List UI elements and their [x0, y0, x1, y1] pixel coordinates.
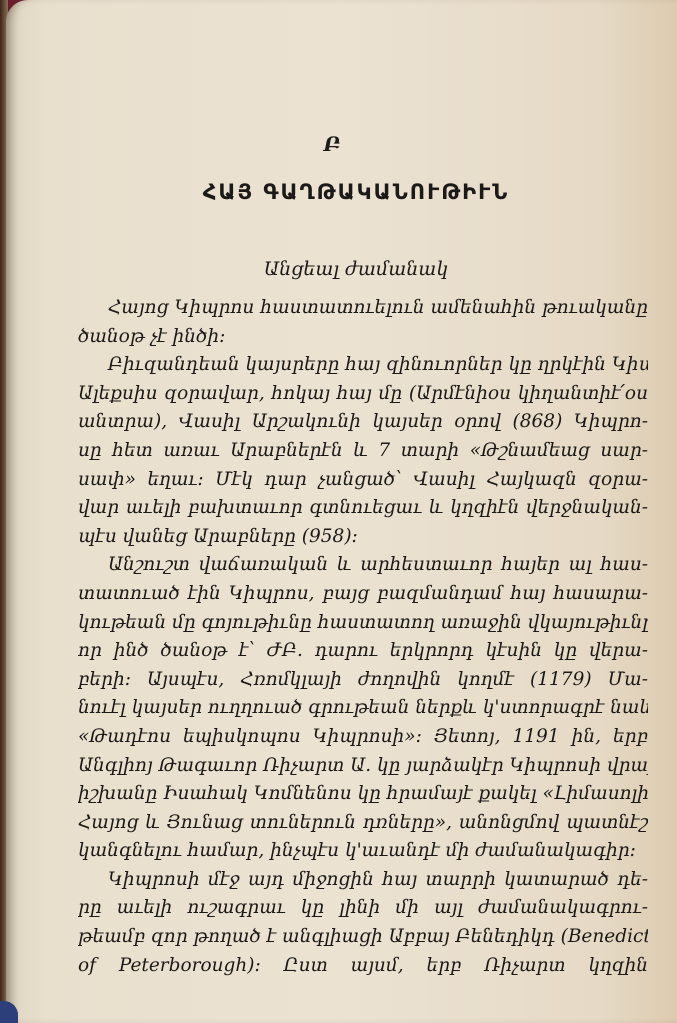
text-line: տատուած էին Կիպրոս, բայց բազմանդամ հայ հ… — [78, 580, 648, 609]
text-line: թեամբ զոր թողած է անգլիացի Աբբայ Բենեդիկ… — [78, 923, 648, 952]
text-line: բերի։ Այսպէս, Հռոմկլայի ժողովին կողմէ (1… — [78, 666, 648, 695]
text-line: սը հետ առաւ Արաբներէն և 7 տարի «Թշնամեաց… — [78, 437, 648, 466]
section-subheading: Անցեալ ժամանակ — [78, 258, 634, 280]
text-line: of Peterborough)։ Ըստ այսմ, երբ Ռիչարտ կ… — [78, 952, 648, 981]
book-page: Բ ՀԱՅ ԳԱՂԹԱԿԱՆՈՒԹԻՒՆ Անցեալ ժամանակ Հայո… — [6, 0, 677, 1023]
text-line: իշխանը Իսահակ Կոմնենոս կը հրամայէ քակել … — [78, 780, 648, 809]
text-line: «Թադէոս եպիսկոպոս Կիպրոսի»։ Յետոյ, 1191 … — [78, 723, 648, 752]
text-line: Բիւզանդեան կայսրերը հայ զինուորներ կը ղր… — [78, 351, 648, 380]
text-line: րը աւելի ուշագրաւ կը լինի մի այլ ժամանակ… — [78, 894, 648, 923]
body-text: Հայոց Կիպրոս հաստատուելուն ամենահին թուա… — [78, 294, 648, 980]
text-line: Անշուշտ վաճառական և արհեստաւոր հայեր ալ … — [78, 551, 648, 580]
text-line: Կիպրոսի մէջ այդ միջոցին հայ տարրի կատարա… — [78, 866, 648, 895]
text-line: պէս վանեց Արաբները (958)։ — [78, 523, 648, 552]
text-line: Ալեքսիս զօրավար, հոկայ հայ մը (Արմէնիօս … — [78, 380, 648, 409]
text-line: Հայոց և Յունաց տուներուն դռները», անոնցմ… — [78, 809, 648, 838]
text-line: կանգնելու համար, ինչպէս կ'աւանդէ մի ժամա… — [78, 837, 648, 866]
text-line: սափ» եղաւ։ Մէկ դար չանցած՝ Վասիլ Հայկազն… — [78, 466, 648, 495]
chapter-heading: ՀԱՅ ԳԱՂԹԱԿԱՆՈՒԹԻՒՆ — [78, 180, 634, 204]
text-line: վար աւելի բախտաւոր գտնուեցաւ և կղզիէն վե… — [78, 494, 648, 523]
text-line: անտրա), Վասիլ Արշակունի կայսեր օրով (868… — [78, 408, 648, 437]
text-line: Անգլիոյ Թագաւոր Ռիչարտ Ա. կը յարձակէր Կի… — [78, 752, 648, 781]
text-line: որ ինծ ծանօթ է՝ ԺԲ. դարու երկրորդ կէսին … — [78, 637, 648, 666]
text-line: Հայոց Կիպրոս հաստատուելուն ամենահին թուա… — [78, 294, 648, 323]
text-line: կութեան մը գոյութիւնը հաստատող առաջին վկ… — [78, 609, 648, 638]
text-line: նուէլ կայսեր ուղղուած գրութեան ներքև կ'ս… — [78, 694, 648, 723]
text-line: ծանօթ չէ ինծի։ — [78, 323, 648, 352]
section-letter: Բ — [320, 132, 344, 156]
